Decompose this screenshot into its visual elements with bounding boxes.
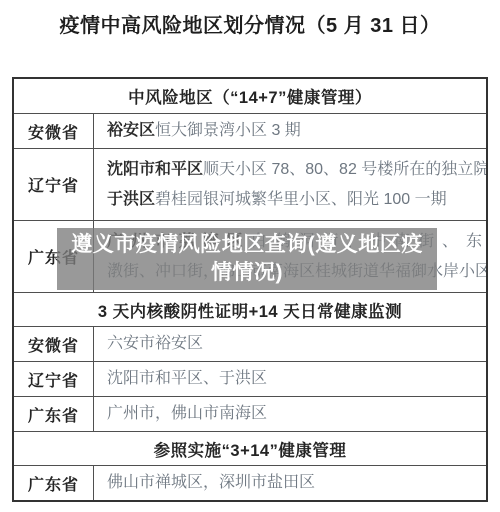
province-cell: 安微省: [14, 114, 94, 148]
table-row: 辽宁省沈阳市和平区、于洪区: [14, 361, 486, 396]
region-detail: 六安市裕安区: [107, 335, 203, 352]
district-name: 于洪区: [107, 191, 155, 208]
table-row: 辽宁省沈阳市和平区顺天小区 78、80、82 号楼所在的独立院落，于洪区碧桂园银…: [14, 148, 486, 220]
region-detail: 广州市，佛山市南海区: [107, 405, 267, 422]
section-header-row: 参照实施“3+14”健康管理: [14, 431, 486, 465]
region-detail: 恒大御景湾小区 3 期: [155, 122, 301, 139]
region-text-line: 六安市裕安区: [107, 329, 482, 359]
table-row: 广东省广州市，佛山市南海区: [14, 396, 486, 431]
section-header-label: 参照实施“3+14”健康管理: [154, 437, 347, 461]
region-cell: 裕安区恒大御景湾小区 3 期: [94, 114, 486, 148]
region-detail: 顺天小区 78、80、82 号楼所在的独立院落，: [203, 161, 486, 178]
page: { "title": "疫情中高风险地区划分情况（5 月 31 日）", "wa…: [0, 0, 500, 512]
region-text-line: 沈阳市和平区、于洪区: [107, 364, 482, 394]
region-cell: 沈阳市和平区、于洪区: [94, 362, 486, 396]
watermark-text-line: 情情况): [211, 259, 283, 287]
region-text-line: 于洪区碧桂园银河城繁华里小区、阳光 100 一期: [107, 185, 482, 215]
region-text-line: 裕安区恒大御景湾小区 3 期: [107, 116, 482, 146]
province-cell: 辽宁省: [14, 362, 94, 396]
watermark-text-line: 遵义市疫情风险地区查询(遵义地区疫: [71, 231, 423, 259]
table-row: 安微省六安市裕安区: [14, 326, 486, 361]
table-row: 广东省佛山市禅城区，深圳市盐田区: [14, 465, 486, 500]
district-name: 裕安区: [107, 122, 155, 139]
district-name: 沈阳市和平区: [107, 161, 203, 178]
page-title: 疫情中高风险地区划分情况（5 月 31 日）: [0, 11, 500, 41]
watermark-overlay: 遵义市疫情风险地区查询(遵义地区疫 情情况): [57, 228, 437, 290]
region-detail: 佛山市禅城区，深圳市盐田区: [107, 474, 315, 491]
section-header-label: 中风险地区（“14+7”健康管理）: [128, 84, 372, 108]
region-text-line: 沈阳市和平区顺天小区 78、80、82 号楼所在的独立院落，: [107, 155, 482, 185]
table-row: 安微省裕安区恒大御景湾小区 3 期: [14, 113, 486, 148]
region-text-line: 佛山市禅城区，深圳市盐田区: [107, 468, 482, 498]
region-text-line: 广州市，佛山市南海区: [107, 399, 482, 429]
province-cell: 安微省: [14, 327, 94, 361]
region-cell: 佛山市禅城区，深圳市盐田区: [94, 466, 486, 500]
province-cell: 广东省: [14, 397, 94, 431]
region-cell: 沈阳市和平区顺天小区 78、80、82 号楼所在的独立院落，于洪区碧桂园银河城繁…: [94, 149, 486, 220]
region-cell: 广州市，佛山市南海区: [94, 397, 486, 431]
region-cell: 六安市裕安区: [94, 327, 486, 361]
section-header-row: 3 天内核酸阴性证明+14 天日常健康监测: [14, 292, 486, 326]
province-cell: 辽宁省: [14, 149, 94, 220]
section-header-row: 中风险地区（“14+7”健康管理）: [14, 79, 486, 113]
province-cell: 广东省: [14, 466, 94, 500]
section-header-label: 3 天内核酸阴性证明+14 天日常健康监测: [98, 298, 402, 322]
region-detail: 沈阳市和平区、于洪区: [107, 370, 267, 387]
region-detail: 碧桂园银河城繁华里小区、阳光 100 一期: [155, 191, 447, 208]
